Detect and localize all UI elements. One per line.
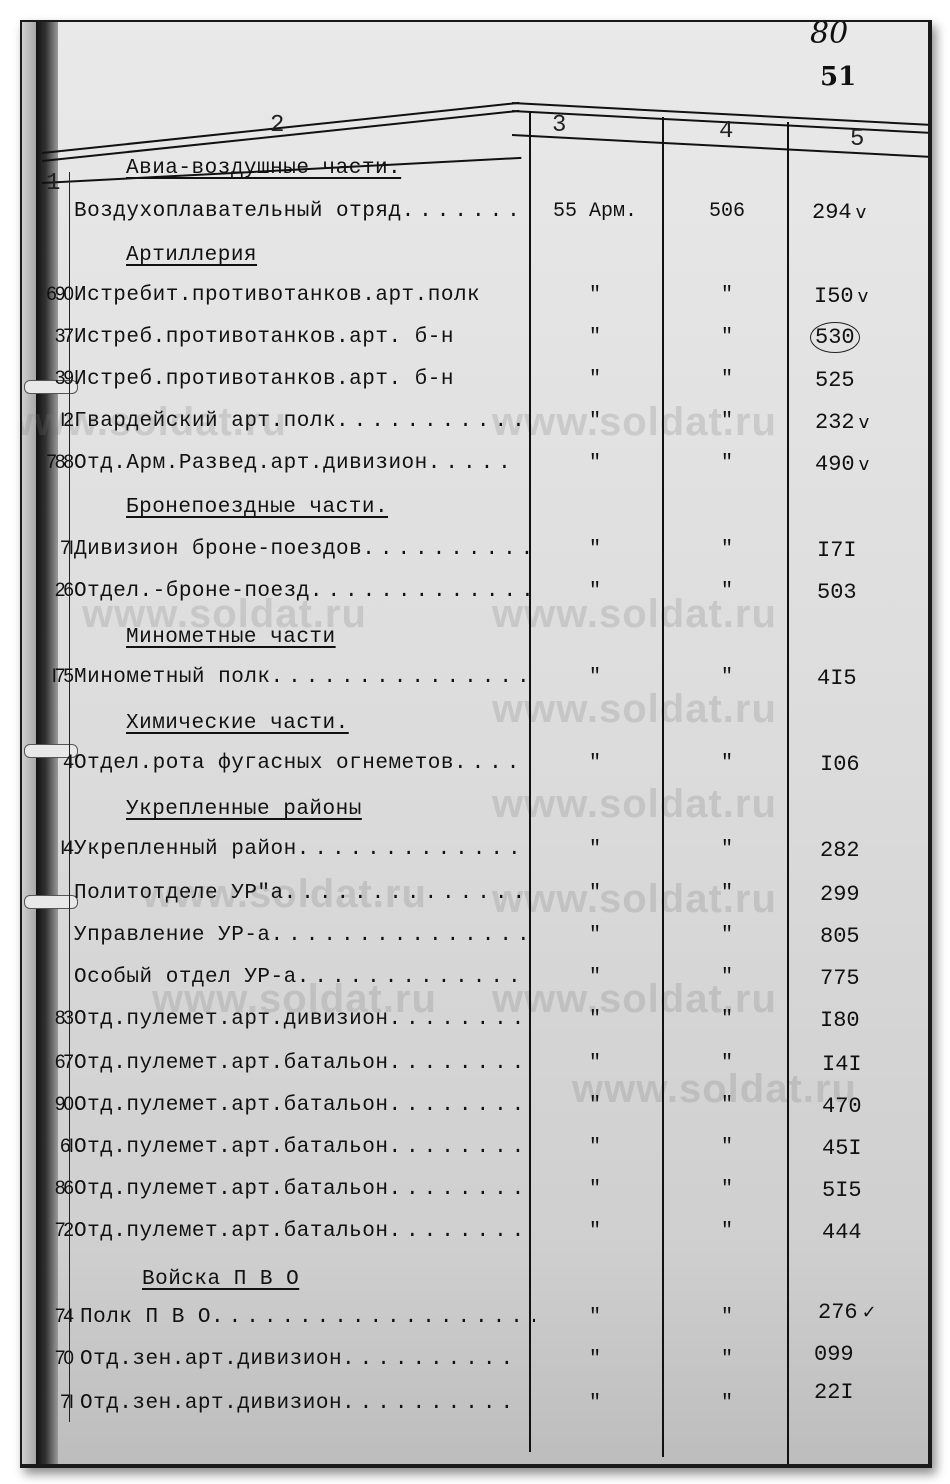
col3-cell: " [530,1348,660,1371]
handwritten-page-number: 51 [820,62,856,92]
table-row: Управление УР-а................... " " 8… [22,924,928,954]
col5-cell: 5I5 [822,1178,928,1203]
col4-cell: " [662,1136,792,1159]
unit-name: Гвардейский арт.полк............. [74,410,529,433]
col3-cell: " [530,1052,660,1075]
unit-name: Отд.Арм.Развед.арт.дивизион..... [74,452,529,475]
col5-cell: 45I [822,1136,928,1161]
col4-cell: 506 [662,200,792,223]
checkmark-icon: ✓ [862,1302,877,1323]
table-row: 4 Отдел.рота фугасных огнеметов.... " " … [22,752,928,782]
col5-cell: 299 [820,882,928,907]
table-row: I4 Укрепленный район................ " "… [22,838,928,868]
table-row: Особый отдел УР-а................. " " 7… [22,966,928,996]
table-row: 90 Отд.пулемет.арт.батальон.......... " … [22,1094,928,1124]
col4-cell: " [662,1392,792,1415]
checkmark-icon: v [859,454,870,475]
table-row: 70 Отд.зен.арт.дивизион.......... " " 09… [22,1348,928,1378]
col4-cell: " [662,326,792,349]
col4-cell: " [662,368,792,391]
col5-cell: 503 [817,580,927,605]
col3-cell: " [530,284,660,307]
circled-value: 530 [810,322,860,353]
section-title: Химические части. [126,712,349,735]
table-row: Воздухоплавательный отряд........ 55 Арм… [22,200,928,230]
document-page: www.soldat.ru www.soldat.ru www.soldat.r… [22,22,928,1464]
col3-cell: " [530,410,660,433]
unit-name: Отдел.рота фугасных огнеметов.... [74,752,529,775]
col4-cell: " [662,538,792,561]
col5-cell: I4I [822,1052,928,1077]
col3-cell: " [530,966,660,989]
col5-cell: I80 [820,1008,928,1033]
col4-cell: " [662,752,792,775]
col5-cell: 232v [815,410,925,435]
section-title: Войска П В О [142,1268,299,1291]
checkmark-icon: v [859,412,870,433]
col5-cell: I7I [817,538,927,563]
col3-cell: " [530,1136,660,1159]
row-index: 7I [46,1392,72,1414]
col4-cell: " [662,1008,792,1031]
col4-cell: " [662,580,792,603]
col4-cell: " [662,1306,792,1329]
col5-cell: 294v [812,200,922,225]
unit-name: Истреб.противотанков.арт. б-н [74,326,529,349]
column-rule [662,117,664,1457]
table-row: 788 Отд.Арм.Развед.арт.дивизион..... " "… [22,452,928,482]
unit-name: Минометный полк............... [74,666,529,689]
col4-cell: " [662,966,792,989]
column-header-1: 1 [46,170,60,197]
col3-cell: " [530,666,660,689]
col4-cell: " [662,882,792,905]
col3-cell: " [530,838,660,861]
table-row: 39 Истреб.противотанков.арт. б-н " " 525 [22,368,928,398]
col4-cell: " [662,838,792,861]
section-title: Бронепоездные части. [126,496,388,519]
row-index: 83 [46,1008,72,1030]
unit-name: Полк П В О................... [80,1306,535,1329]
row-index: 67 [46,1052,72,1074]
col5-cell: 775 [820,966,928,991]
table-row: Политотделе УР"а.................. " " 2… [22,882,928,912]
col5-cell: 4I5 [817,666,927,691]
row-index: I2 [46,410,72,432]
table-row: 7I Отд.зен.арт.дивизион.......... " " 22… [22,1392,928,1422]
col3-cell: " [530,1220,660,1243]
table-row: 37 Истреб.противотанков.арт. б-н " " 530 [22,326,928,356]
row-index: 6I [46,1136,72,1158]
section-title: Авиа-воздушные части. [126,157,401,180]
unit-name: Укрепленный район................ [74,838,529,861]
row-index: 90 [46,1094,72,1116]
col5-cell: 444 [822,1220,928,1245]
col5-cell: 22I [814,1380,924,1405]
table-row: 74 Полк П В О................... " " 276… [22,1306,928,1336]
unit-name: Отд.пулемет.арт.батальон.......... [74,1220,529,1243]
column-header-3: 3 [552,112,566,139]
table-row: 67 Отд.пулемет.арт.батальон.......... " … [22,1052,928,1082]
col5-cell: 805 [820,924,928,949]
col5-cell: 470 [822,1094,928,1119]
row-index: 37 [46,326,72,348]
unit-name: Отд.зен.арт.дивизион.......... [80,1392,535,1415]
col3-cell: " [530,1008,660,1031]
checkmark-icon: v [858,286,869,307]
section-title: Минометные части [126,626,336,649]
col4-cell: " [662,410,792,433]
col5-cell: 099 [814,1342,924,1367]
col5-cell: 276✓ [818,1300,928,1325]
col4-cell: " [662,1178,792,1201]
unit-name: Отд.пулемет.арт.батальон.......... [74,1094,529,1117]
row-index: 788 [46,452,72,474]
col4-cell: " [662,1094,792,1117]
table-row: 72 Отд.пулемет.арт.батальон.......... " … [22,1220,928,1250]
table-row: 86 Отд.пулемет.арт.батальон.......... " … [22,1178,928,1208]
row-index: 86 [46,1178,72,1200]
unit-name: Воздухоплавательный отряд........ [74,200,529,223]
table-row: 6I Отд.пулемет.арт.батальон.......... " … [22,1136,928,1166]
table-row: I2 Гвардейский арт.полк............. " "… [22,410,928,440]
row-index: 690 [46,284,72,306]
col3-cell: " [530,326,660,349]
col3-cell: " [530,1306,660,1329]
col4-cell: " [662,924,792,947]
table-row: 7I Дивизион броне-поездов.......... " " … [22,538,928,568]
col3-cell: " [530,1094,660,1117]
unit-name: Отдел.-броне-поезд.............. [74,580,529,603]
row-index: 26 [46,580,72,602]
section-title: Укрепленные районы [126,798,362,821]
unit-name: Политотделе УР"а.................. [74,882,529,905]
col4-cell: " [662,666,792,689]
unit-name: Отд.зен.арт.дивизион.......... [80,1348,535,1371]
unit-name: Особый отдел УР-а................. [74,966,529,989]
col3-cell: " [530,538,660,561]
col5-cell: 282 [820,838,928,863]
row-index: 39 [46,368,72,390]
unit-name: Дивизион броне-поездов.......... [74,538,529,561]
row-index: 4 [46,752,72,774]
col3-cell: " [530,882,660,905]
row-index: 7I [46,538,72,560]
section-title: Артиллерия [126,244,257,267]
col3-cell: " [530,1178,660,1201]
table-row: I75 Минометный полк............... " " 4… [22,666,928,696]
col3-cell: " [530,580,660,603]
col4-cell: " [662,1052,792,1075]
row-index: 70 [46,1348,72,1370]
col4-cell: " [662,284,792,307]
table-row: 26 Отдел.-броне-поезд.............. " " … [22,580,928,610]
column-rule [787,122,789,1464]
table-row: 690 Истребит.противотанков.арт.полк " " … [22,284,928,314]
army-cell: 55 Арм. [530,200,660,223]
col4-cell: " [662,1348,792,1371]
col3-cell: " [530,1392,660,1415]
col4-cell: " [662,452,792,475]
col3-cell: " [530,924,660,947]
unit-name: Отд.пулемет.арт.батальон.......... [74,1136,529,1159]
handwritten-page-number: 80 [810,22,848,51]
col4-cell: " [662,1220,792,1243]
unit-name: Отд.пулемет.арт.дивизион.......... [74,1008,529,1031]
unit-name: Отд.пулемет.арт.батальон.......... [74,1178,529,1201]
unit-name: Отд.пулемет.арт.батальон.......... [74,1052,529,1075]
unit-name: Управление УР-а................... [74,924,529,947]
col3-cell: " [530,368,660,391]
col5-cell: 490v [815,452,925,477]
col3-cell: " [530,452,660,475]
col3-cell: " [530,752,660,775]
column-header-2: 2 [270,112,284,139]
unit-name: Истреб.противотанков.арт. б-н [74,368,529,391]
row-index: 72 [46,1220,72,1242]
row-index: 74 [46,1306,72,1328]
table-row: 83 Отд.пулемет.арт.дивизион.......... " … [22,1008,928,1038]
col5-cell: 530 [810,322,920,353]
col5-cell: I06 [820,752,928,777]
column-header-4: 4 [719,118,733,145]
col5-cell: 525 [815,368,925,393]
checkmark-icon: v [856,202,867,223]
col5-cell: I50v [814,284,924,309]
row-index: I75 [46,666,72,688]
unit-name: Истребит.противотанков.арт.полк [74,284,529,307]
watermark: www.soldat.ru [492,782,777,827]
column-header-5: 5 [850,126,864,153]
row-index: I4 [46,838,72,860]
